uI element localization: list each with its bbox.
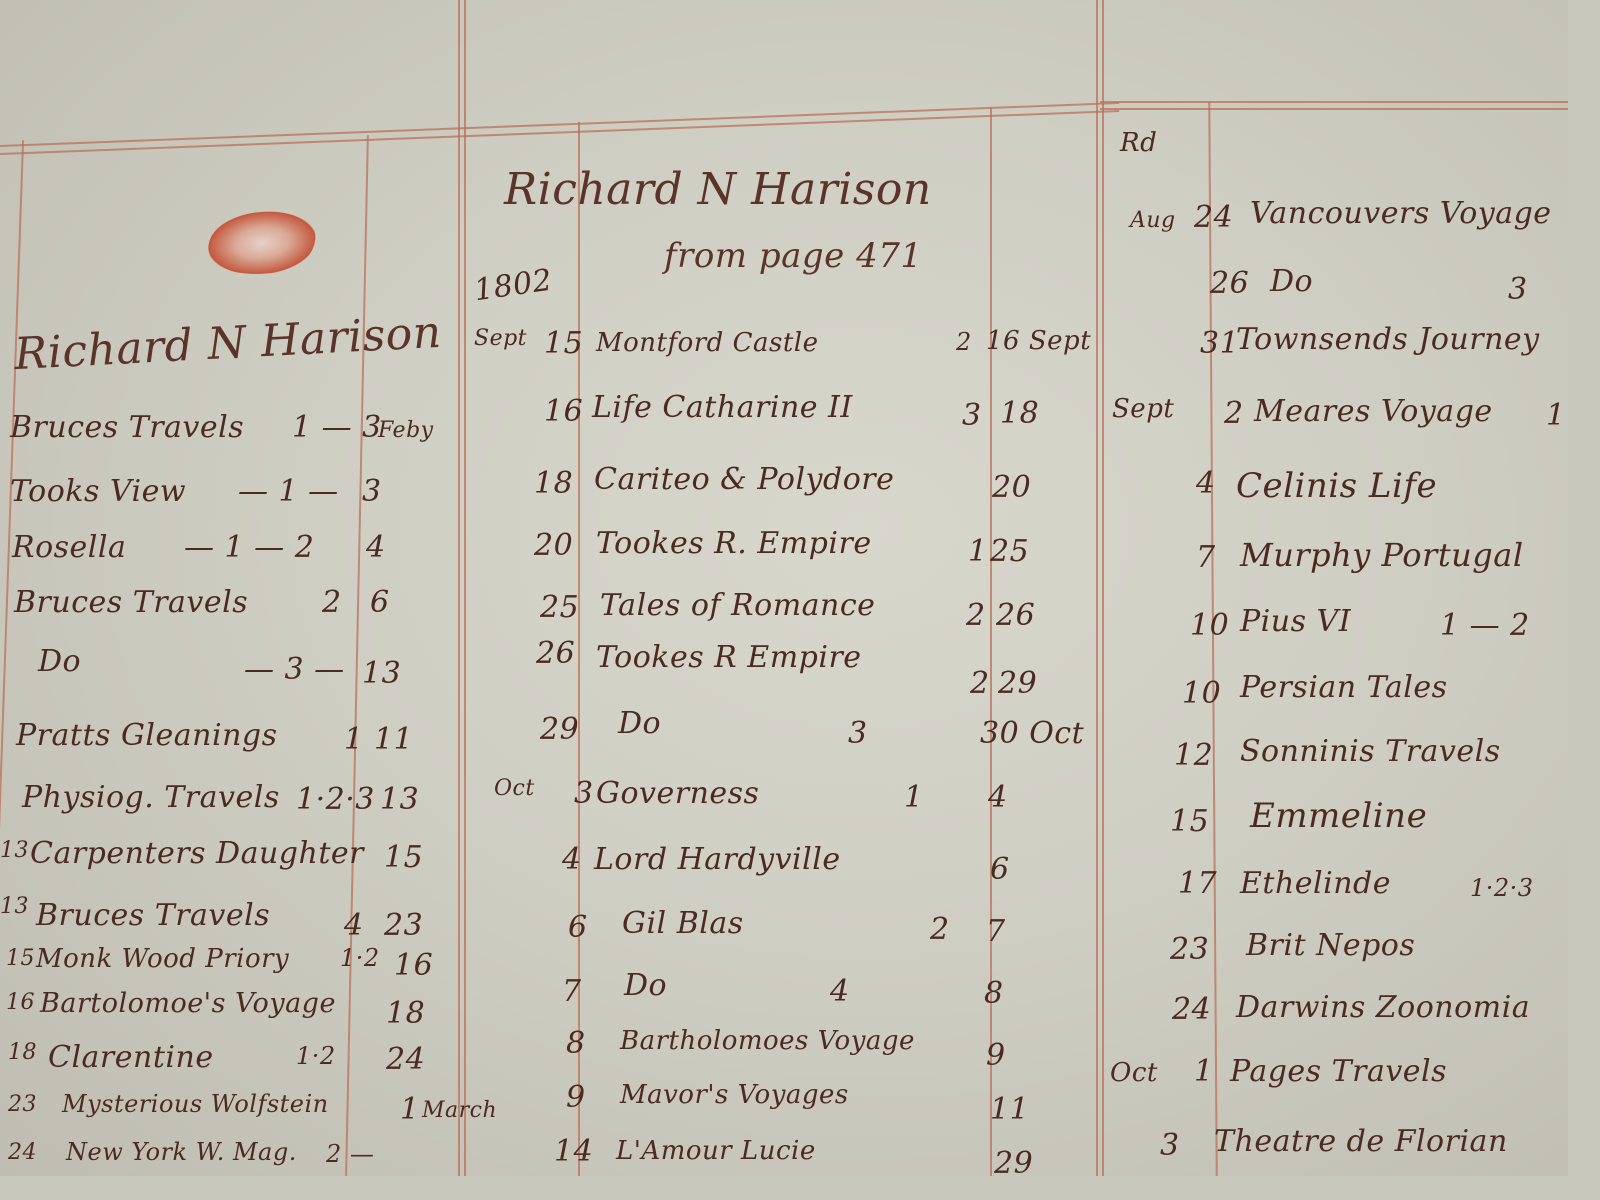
- left-entry-date: 13: [0, 894, 29, 919]
- left-entry-return: 18: [386, 996, 425, 1031]
- middle-entry-title: Lord Hardyville: [594, 842, 841, 877]
- middle-entry-return: 9: [986, 1038, 1006, 1073]
- middle-column-subheading: from page 471: [664, 236, 922, 276]
- middle-entry-vol: 3: [848, 716, 868, 751]
- right-entry-vol: 1: [1546, 398, 1566, 433]
- middle-entry-title: Mavor's Voyages: [620, 1080, 849, 1110]
- middle-entry-day: 26: [536, 636, 575, 671]
- right-entry-day: 24: [1172, 992, 1211, 1027]
- middle-entry-month: Oct: [494, 776, 535, 801]
- left-entry-title: Physiog. Travels: [22, 780, 280, 815]
- left-entry-vol: 1: [400, 1092, 420, 1127]
- header-rule-right-top: [1100, 101, 1568, 103]
- right-entry-day: 12: [1174, 738, 1213, 773]
- middle-entry-day: 15: [544, 326, 583, 361]
- header-rule-right-bottom: [1100, 108, 1568, 110]
- middle-entry-day: 3: [574, 776, 594, 811]
- red-wax-stain: [205, 207, 319, 280]
- middle-entry-day: 18: [534, 466, 573, 501]
- middle-entry-day: 25: [540, 590, 579, 625]
- middle-entry-title: Tookes R Empire: [596, 640, 862, 675]
- left-entry-return: Feby: [378, 418, 434, 443]
- left-entry-return: 13: [362, 656, 401, 691]
- left-entry-date: 23: [8, 1092, 37, 1117]
- left-entry-vol: — 1 — 2: [184, 530, 314, 565]
- right-entry-title: Theatre de Florian: [1214, 1124, 1508, 1159]
- right-entry-vol: 3: [1508, 272, 1528, 307]
- right-entry-title: Brit Nepos: [1246, 928, 1415, 963]
- right-entry-title: Townsends Journey: [1236, 322, 1540, 357]
- middle-entry-return: 8: [984, 976, 1004, 1011]
- middle-entry-day: 14: [554, 1134, 593, 1169]
- middle-entry-return: 16 Sept: [986, 326, 1091, 356]
- left-entry-return: 24: [386, 1042, 425, 1077]
- middle-entry-title: Governess: [596, 776, 759, 811]
- left-entry-return: 11: [374, 722, 413, 757]
- middle-entry-title: Tookes R. Empire: [596, 526, 872, 561]
- left-entry-return: 6: [370, 585, 390, 620]
- left-entry-title: Pratts Gleanings: [16, 718, 278, 753]
- header-rule-top: [0, 102, 1119, 147]
- right-entry-title: Pages Travels: [1230, 1054, 1447, 1089]
- middle-entry-day: 20: [534, 528, 573, 563]
- left-entry-vol: 1·2: [296, 1042, 336, 1070]
- left-entry-vol: 2 —: [326, 1140, 374, 1168]
- left-entry-date: 13: [0, 838, 29, 863]
- middle-entry-day: 7: [562, 974, 582, 1009]
- middle-entry-return: 7: [986, 914, 1006, 949]
- middle-entry-vol: 2: [956, 328, 972, 356]
- left-entry-return: 3: [362, 474, 382, 509]
- right-entry-title: Sonninis Travels: [1240, 734, 1501, 769]
- left-entry-date: 18: [8, 1040, 37, 1065]
- left-column-heading: Richard N Harison: [13, 307, 443, 380]
- left-entry-title: New York W. Mag.: [66, 1138, 297, 1166]
- column-rule: [578, 122, 580, 1176]
- middle-entry-return: 29: [998, 666, 1037, 701]
- middle-entry-return: 26: [996, 598, 1035, 633]
- right-entry-vol: 1·2·3: [1470, 874, 1534, 902]
- middle-column-year: 1802: [472, 263, 554, 309]
- left-entry-date: 15: [6, 946, 35, 971]
- right-entry-day: 31: [1200, 326, 1239, 361]
- middle-entry-vol: 2: [970, 666, 990, 701]
- middle-entry-title: Tales of Romance: [600, 588, 875, 623]
- middle-entry-return: 6: [990, 852, 1010, 887]
- left-entry-vol: 1·2: [340, 944, 380, 972]
- right-entry-day: 1: [1194, 1054, 1214, 1089]
- left-entry-vol: 4: [344, 908, 364, 943]
- left-entry-vol: 1 — 3: [292, 410, 382, 445]
- middle-entry-vol: 2: [966, 598, 986, 633]
- left-entry-date: 16: [6, 990, 35, 1015]
- middle-entry-day: 4: [562, 842, 582, 877]
- middle-entry-vol: 1: [968, 534, 988, 569]
- middle-entry-return: 20: [992, 470, 1031, 505]
- middle-entry-title: Do: [618, 706, 661, 741]
- left-entry-title: Clarentine: [48, 1040, 214, 1075]
- right-entry-month: Oct: [1110, 1058, 1158, 1088]
- left-entry-return: 13: [380, 782, 419, 817]
- middle-entry-day: 16: [544, 394, 583, 429]
- right-entry-day: 10: [1182, 676, 1221, 711]
- right-entry-day: 10: [1190, 608, 1229, 643]
- right-entry-title: Do: [1270, 264, 1313, 299]
- middle-entry-title: Cariteo & Polydore: [594, 462, 894, 497]
- header-rule-bottom: [0, 110, 1119, 155]
- middle-entry-return: 25: [990, 534, 1029, 569]
- right-entry-day: 7: [1196, 540, 1216, 575]
- middle-entry-return: 11: [990, 1092, 1029, 1127]
- left-entry-vol: — 1 —: [238, 474, 339, 509]
- left-entry-return: March: [422, 1098, 497, 1123]
- left-entry-vol: 2: [322, 585, 342, 620]
- left-entry-title: Bruces Travels: [36, 898, 270, 933]
- column-rule: [458, 0, 460, 1176]
- right-entry-title: Murphy Portugal: [1240, 536, 1524, 574]
- right-entry-title: Emmeline: [1250, 796, 1427, 836]
- right-entry-title: Persian Tales: [1240, 670, 1447, 705]
- middle-entry-day: 9: [566, 1080, 586, 1115]
- right-entry-month: Aug: [1130, 208, 1176, 233]
- middle-entry-month: Sept: [474, 326, 527, 351]
- ledger-page: Richard N Harison Bruces Travels 1 — 3 F…: [0, 0, 1568, 1176]
- right-entry-title: Ethelinde: [1240, 866, 1391, 901]
- left-entry-title: Carpenters Daughter: [30, 836, 364, 871]
- column-rule: [1096, 0, 1098, 1176]
- column-rule: [990, 108, 992, 1176]
- middle-entry-title: Life Catharine II: [592, 390, 853, 425]
- left-entry-title: Bruces Travels: [14, 585, 248, 620]
- middle-entry-day: 8: [566, 1026, 586, 1061]
- middle-column-heading: Richard N Harison: [504, 164, 932, 215]
- left-entry-title: Monk Wood Priory: [36, 944, 289, 974]
- right-entry-day: 2: [1224, 396, 1244, 431]
- left-entry-title: Tooks View: [10, 474, 186, 509]
- middle-entry-return: 29: [994, 1146, 1033, 1176]
- right-entry-month: Sept: [1112, 394, 1174, 424]
- middle-entry-return: 30 Oct: [980, 716, 1084, 751]
- middle-entry-vol: 3: [962, 398, 982, 433]
- middle-entry-day: 29: [540, 712, 579, 747]
- left-entry-return: 4: [366, 530, 386, 565]
- left-entry-date: 24: [8, 1140, 37, 1165]
- right-entry-vol: 1 — 2: [1440, 608, 1530, 643]
- right-entry-day: 3: [1160, 1128, 1180, 1163]
- right-entry-day: 15: [1170, 804, 1209, 839]
- left-entry-title: Bruces Travels: [10, 410, 244, 445]
- left-entry-title: Bartolomoe's Voyage: [40, 988, 336, 1019]
- middle-entry-vol: 1: [904, 780, 924, 815]
- left-entry-return: 16: [394, 948, 433, 983]
- right-entry-title: Vancouvers Voyage: [1250, 196, 1552, 231]
- middle-entry-title: Montford Castle: [596, 328, 818, 358]
- left-entry-return: 15: [384, 840, 423, 875]
- left-entry-title: Mysterious Wolfstein: [62, 1090, 329, 1118]
- middle-entry-vol: 2: [930, 912, 950, 947]
- middle-entry-title: Gil Blas: [622, 906, 744, 941]
- right-entry-title: Pius VI: [1240, 604, 1351, 639]
- column-rule: [1102, 0, 1104, 1176]
- left-entry-title: Rosella: [12, 530, 126, 565]
- right-entry-day: 4: [1196, 466, 1216, 501]
- middle-entry-title: L'Amour Lucie: [616, 1136, 816, 1166]
- middle-entry-title: Bartholomoes Voyage: [620, 1026, 915, 1056]
- right-column-margin-note: Rd: [1120, 128, 1157, 158]
- right-entry-title: Celinis Life: [1236, 466, 1437, 506]
- right-entry-day: 26: [1210, 266, 1249, 301]
- right-entry-title: Meares Voyage: [1254, 394, 1493, 429]
- middle-entry-title: Do: [624, 968, 667, 1003]
- left-entry-title: Do: [38, 644, 81, 679]
- middle-entry-day: 6: [568, 910, 588, 945]
- right-entry-day: 24: [1194, 200, 1233, 235]
- middle-entry-return: 18: [1000, 396, 1039, 431]
- middle-entry-vol: 4: [830, 974, 850, 1009]
- left-entry-vol: — 3 —: [244, 652, 345, 687]
- right-entry-day: 23: [1170, 932, 1209, 967]
- left-entry-vol: 1: [344, 722, 364, 757]
- column-rule: [0, 140, 24, 1175]
- column-rule: [464, 0, 466, 1176]
- left-entry-return: 23: [384, 908, 423, 943]
- right-entry-day: 17: [1178, 866, 1217, 901]
- right-entry-title: Darwins Zoonomia: [1236, 990, 1530, 1025]
- middle-entry-return: 4: [988, 780, 1008, 815]
- left-entry-vol: 1·2·3: [296, 782, 375, 817]
